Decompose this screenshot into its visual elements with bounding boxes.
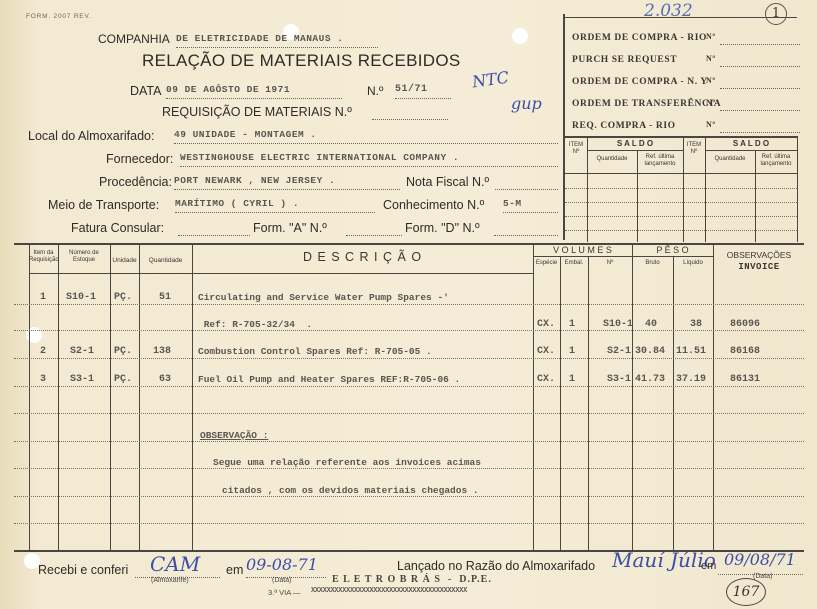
order-value bbox=[720, 121, 800, 133]
order-no: Nº bbox=[706, 76, 716, 85]
row-especie: CX. bbox=[537, 374, 555, 385]
row-obs: 86168 bbox=[730, 346, 760, 357]
row-bruto: 41.73 bbox=[635, 374, 665, 385]
order-row: ORDEM DE COMPRA - RIO Nº bbox=[572, 33, 802, 47]
order-value bbox=[720, 99, 800, 111]
row-embal: 1 bbox=[569, 346, 575, 357]
number-label: N.º bbox=[367, 84, 383, 98]
data-caption: (Data) bbox=[272, 577, 291, 584]
header-especie: Espécie bbox=[533, 260, 560, 267]
row-descricao: Fuel Oil Pump and Heater Spares REF:R-70… bbox=[198, 374, 460, 385]
form-title: RELAÇÃO DE MATERIAIS RECEBIDOS bbox=[142, 51, 461, 71]
row-obs: 86131 bbox=[730, 374, 760, 385]
company-label: COMPANHIA bbox=[98, 32, 170, 46]
row-item: 1 bbox=[40, 292, 46, 303]
row-quantidade: 51 bbox=[159, 292, 171, 303]
saldo-qty-header-2: Quantidade bbox=[705, 156, 755, 163]
form-d-label: Form. "D" N.º bbox=[405, 221, 480, 235]
header-bruto: Bruto bbox=[632, 260, 673, 267]
lancado-label: Lançado no Razão do Almoxarifado bbox=[397, 559, 595, 573]
row-liquido: 11.51 bbox=[676, 346, 706, 357]
row-embal: 1 bbox=[569, 319, 575, 330]
row-numero: S3-1 bbox=[70, 374, 94, 385]
row-vol-no: S2-1 bbox=[607, 346, 631, 357]
nota-fiscal-label: Nota Fiscal N.º bbox=[406, 175, 489, 189]
row-numero: S10-1 bbox=[66, 292, 96, 303]
observacao-line-2: citados , com os devidos materiais chega… bbox=[222, 485, 479, 496]
order-label: ORDEM DE COMPRA - N. Y bbox=[572, 77, 708, 87]
order-label: ORDEM DE COMPRA - RIO bbox=[572, 33, 707, 43]
saldo-ref-header-2: Ref. última lançamento bbox=[755, 154, 797, 168]
header-embal: Embal. bbox=[560, 260, 588, 267]
row-unidade: PÇ. bbox=[114, 374, 132, 385]
em-label-2: em bbox=[701, 560, 716, 572]
handwritten-initials: gup bbox=[511, 94, 542, 113]
header-volumes: V O L U M E S bbox=[533, 245, 632, 255]
row-unidade: PÇ. bbox=[114, 346, 132, 357]
row-quantidade: 63 bbox=[159, 374, 171, 385]
header-unidade: Unidade bbox=[110, 257, 139, 264]
row-vol-no: S10-1 bbox=[603, 319, 633, 330]
lancado-date: 09/08/71 bbox=[724, 550, 796, 569]
requisition-value bbox=[372, 106, 448, 120]
order-no: Nº bbox=[706, 120, 716, 129]
order-row: ORDEM DE TRANSFERÊNCIA Nº bbox=[572, 99, 802, 113]
page-number-circle: 167 bbox=[726, 578, 766, 606]
date-value: 09 DE AGÔSTO DE 1971 bbox=[166, 84, 342, 99]
observacao-title: OBSERVAÇÃO : bbox=[200, 430, 268, 441]
header-descricao: D E S C R I Ç Ã O bbox=[192, 250, 533, 264]
saldo-title-2: S A L D O bbox=[705, 140, 797, 147]
recebi-date: 09-08-71 bbox=[246, 555, 318, 574]
local-label: Local do Almoxarifado: bbox=[28, 129, 154, 143]
row-liquido: 38 bbox=[690, 319, 702, 330]
saldo-title: S A L D O bbox=[587, 140, 683, 147]
company-stamp: E L E T R O B R Á S - D.P.E. bbox=[332, 574, 492, 585]
fornecedor-label: Fornecedor: bbox=[106, 152, 173, 166]
nota-fiscal-value bbox=[495, 175, 558, 190]
fatura-label: Fatura Consular: bbox=[71, 221, 164, 235]
conhecimento-value: 5-M bbox=[503, 198, 558, 213]
form-a-label: Form. "A" N.º bbox=[253, 221, 327, 235]
row-descricao: Ref: R-705-32/34 . bbox=[198, 319, 312, 330]
saldo-qty-header: Quantidade bbox=[587, 156, 637, 163]
header-liquido: Líquido bbox=[673, 260, 713, 267]
header-quantidade: Quantidade bbox=[139, 257, 192, 264]
saldo-ref-header: Ref. última lançamento bbox=[637, 154, 683, 168]
saldo-item-header: ITEM Nº bbox=[565, 142, 587, 156]
header-vol-no: Nº bbox=[588, 260, 632, 267]
saldo-item-header-2: ITEM Nº bbox=[683, 142, 705, 156]
order-row: PURCH SE REQUEST Nº bbox=[572, 55, 802, 69]
header-peso: P Ê S O bbox=[632, 245, 713, 255]
row-obs: 86096 bbox=[730, 319, 760, 330]
order-label: REQ. COMPRA - RIO bbox=[572, 121, 676, 131]
order-value bbox=[720, 77, 800, 89]
observacao-line-1: Segue uma relação referente aos invoices… bbox=[213, 457, 481, 468]
header-observacoes: OBSERVAÇÕES bbox=[713, 250, 805, 260]
order-no: Nº bbox=[706, 54, 716, 63]
recebi-label: Recebi e conferi bbox=[38, 563, 128, 577]
row-quantidade: 138 bbox=[153, 346, 171, 357]
order-value bbox=[720, 55, 800, 67]
order-row: REQ. COMPRA - RIO Nº bbox=[572, 121, 802, 135]
almoxarife-caption: (Almoxarife) bbox=[151, 577, 189, 584]
date-label: DATA bbox=[130, 84, 161, 98]
row-embal: 1 bbox=[569, 374, 575, 385]
fornecedor-value: WESTINGHOUSE ELECTRIC INTERNATIONAL COMP… bbox=[180, 152, 558, 167]
row-especie: CX. bbox=[537, 346, 555, 357]
order-label: PURCH SE REQUEST bbox=[572, 55, 677, 65]
row-descricao: Circulating and Service Water Pump Spare… bbox=[198, 292, 449, 303]
fatura-value bbox=[178, 221, 250, 236]
procedencia-value: PORT NEWARK , NEW JERSEY . bbox=[174, 175, 400, 190]
saldo-grid: ITEM Nº S A L D O Quantidade Ref. última… bbox=[565, 136, 798, 242]
order-row: ORDEM DE COMPRA - N. Y Nº bbox=[572, 77, 802, 91]
row-liquido: 37.19 bbox=[676, 374, 706, 385]
row-especie: CX. bbox=[537, 319, 555, 330]
requisition-label: REQUISIÇÃO DE MATERIAIS N.º bbox=[162, 105, 352, 119]
handwritten-number: 2.032 bbox=[644, 1, 693, 21]
header-numero: Número de Estoque bbox=[58, 250, 110, 264]
via-label: 3.ª VIA — bbox=[268, 588, 300, 597]
header-invoice: INVOICE bbox=[713, 262, 805, 272]
company-value: DE ELETRICIDADE DE MANAUS . bbox=[176, 33, 378, 48]
row-unidade: PÇ. bbox=[114, 292, 132, 303]
row-bruto: 30.84 bbox=[635, 346, 665, 357]
order-no: Nº bbox=[706, 32, 716, 41]
row-vol-no: S3-1 bbox=[607, 374, 631, 385]
transporte-value: MARÍTIMO ( CYRIL ) . bbox=[175, 198, 375, 213]
form-d-value bbox=[494, 221, 558, 236]
transporte-label: Meio de Transporte: bbox=[48, 198, 159, 212]
punch-hole bbox=[512, 28, 528, 44]
row-item: 2 bbox=[40, 346, 46, 357]
recebi-signature: CAM bbox=[150, 552, 200, 576]
order-no: Nº bbox=[706, 98, 716, 107]
order-label: ORDEM DE TRANSFERÊNCIA bbox=[572, 99, 721, 109]
row-bruto: 40 bbox=[645, 319, 657, 330]
local-value: 49 UNIDADE - MONTAGEM . bbox=[174, 129, 558, 144]
row-item: 3 bbox=[40, 374, 46, 385]
header-item: Item da Requisição bbox=[29, 250, 58, 264]
em-label: em bbox=[226, 563, 243, 577]
form-code: FORM. 2007 REV. bbox=[26, 13, 92, 20]
via-strikeout: XXXXXXXXXXXXXXXXXXXXXXXXXXXXXXXXXXXXXXXX bbox=[311, 587, 467, 595]
number-value: 51/71 bbox=[395, 84, 451, 99]
conhecimento-label: Conhecimento N.º bbox=[383, 198, 484, 212]
page-circle-number: 1 bbox=[765, 3, 787, 25]
row-descricao: Combustion Control Spares Ref: R-705-05 … bbox=[198, 346, 432, 357]
order-value bbox=[720, 33, 800, 45]
row-numero: S2-1 bbox=[70, 346, 94, 357]
form-a-value bbox=[346, 221, 402, 236]
procedencia-label: Procedência: bbox=[99, 175, 172, 189]
